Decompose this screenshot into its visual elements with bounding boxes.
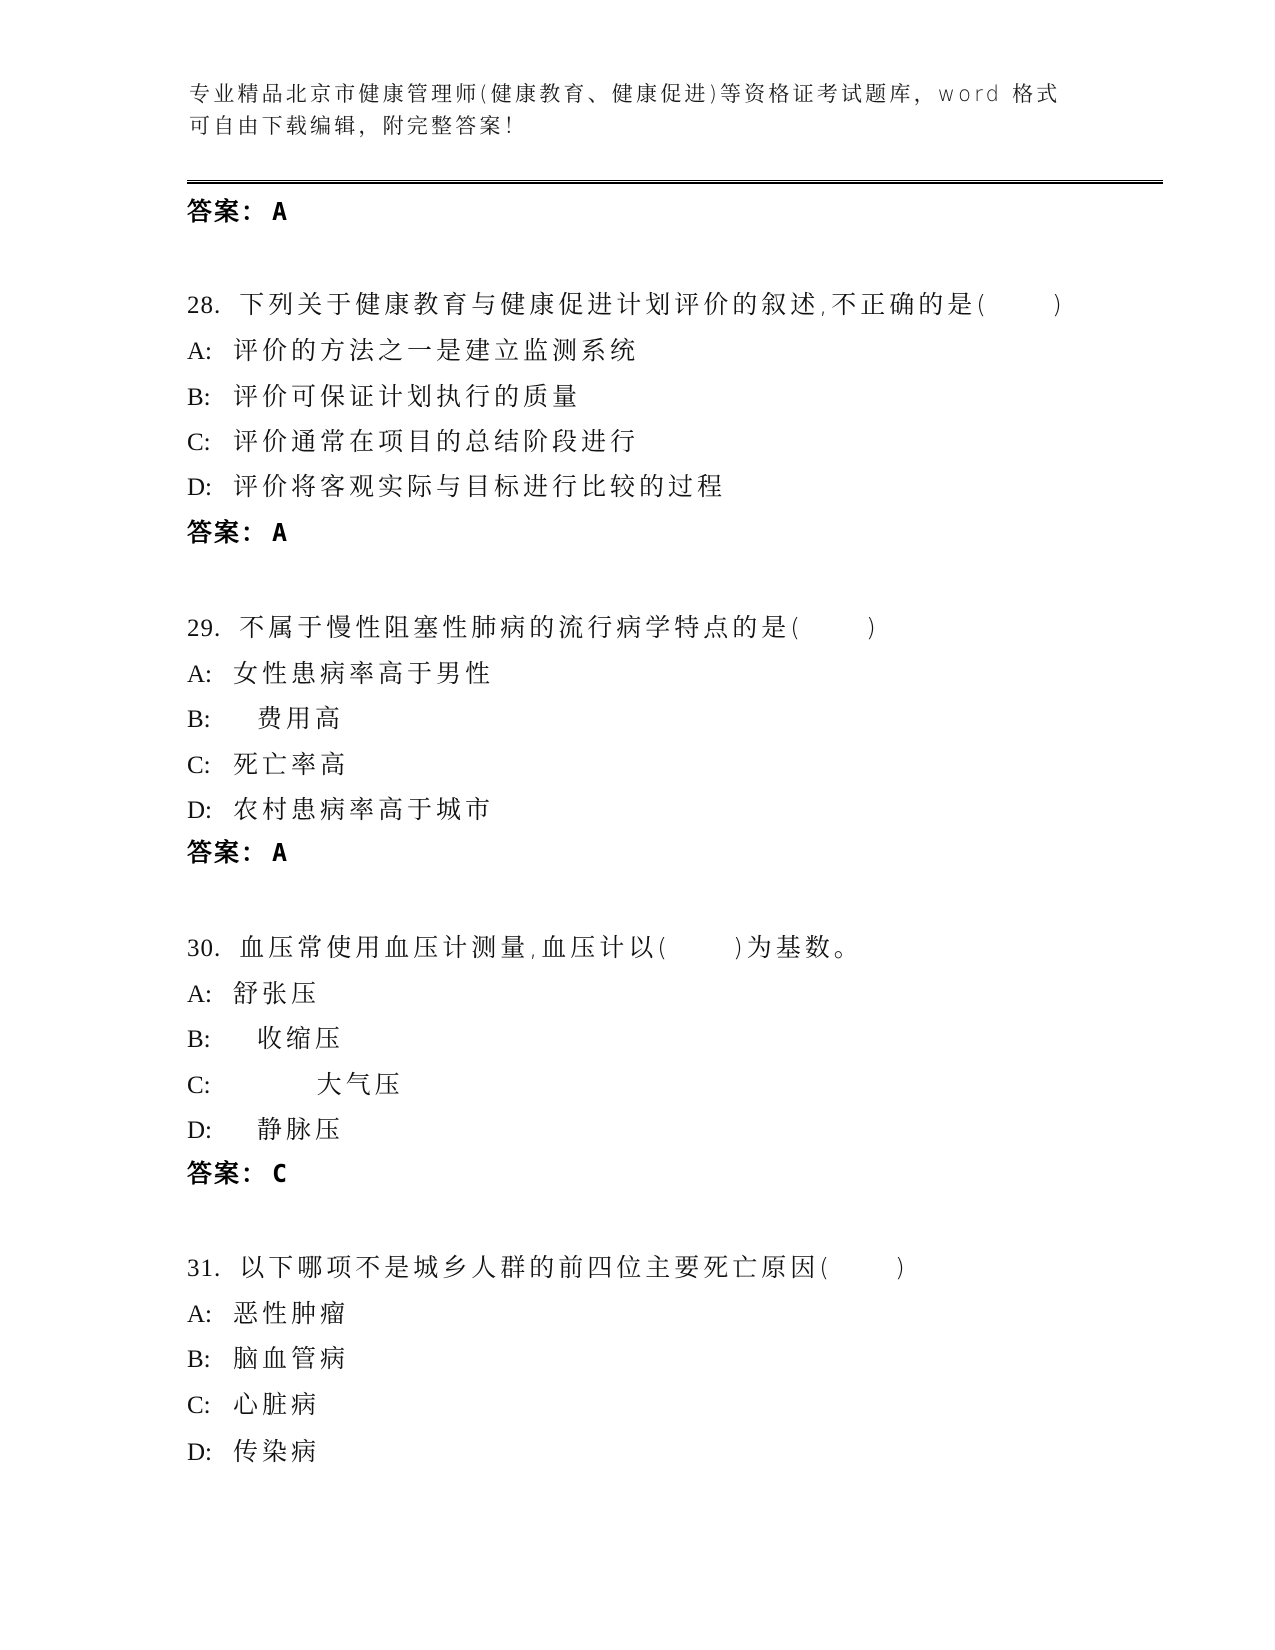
- question-28-answer: 答案：A: [187, 516, 289, 550]
- option-letter: A:: [187, 658, 233, 692]
- option-text: 收缩压: [233, 1024, 344, 1053]
- question-30-option-a: A:舒张压: [187, 977, 320, 1012]
- question-number: 29.: [187, 612, 221, 646]
- option-text: 静脉压: [233, 1115, 344, 1144]
- question-28-option-d: D:评价将客观实际与目标进行比较的过程: [187, 470, 726, 505]
- option-letter: D:: [187, 794, 233, 828]
- header-rule-thick: [187, 182, 1163, 184]
- answer-label: 答案：: [187, 197, 268, 226]
- question-30-option-b: B: 收缩压: [187, 1022, 344, 1057]
- answer-value: A: [272, 197, 289, 226]
- question-29-option-d: D:农村患病率高于城市: [187, 793, 494, 828]
- document-page: 专业精品北京市健康管理师(健康教育、健康促进)等资格证考试题库，word 格式 …: [0, 0, 1275, 1650]
- question-30-answer: 答案：C: [187, 1157, 289, 1191]
- option-letter: D:: [187, 1114, 233, 1148]
- option-text: 大气压: [233, 1070, 404, 1099]
- question-28-option-c: C:评价通常在项目的总结阶段进行: [187, 425, 639, 460]
- question-31-stem: 31.以下哪项不是城乡人群的前四位主要死亡原因(): [187, 1251, 909, 1286]
- option-letter: B:: [187, 1023, 233, 1057]
- header-rule-thin: [187, 180, 1163, 181]
- answer-value: A: [272, 518, 289, 547]
- answer-line-prev: 答案：A: [187, 195, 289, 229]
- option-text: 评价将客观实际与目标进行比较的过程: [233, 472, 726, 501]
- option-letter: A:: [187, 978, 233, 1012]
- question-text-end: ): [1052, 290, 1066, 319]
- option-letter: B:: [187, 703, 233, 737]
- answer-value: A: [272, 838, 289, 867]
- option-text: 舒张压: [233, 979, 320, 1008]
- document-header: 专业精品北京市健康管理师(健康教育、健康促进)等资格证考试题库，word 格式 …: [189, 78, 1089, 142]
- question-text: 下列关于健康教育与健康促进计划评价的叙述,不正确的是(: [239, 290, 990, 319]
- question-28-option-a: A:评价的方法之一是建立监测系统: [187, 334, 639, 369]
- question-29-stem: 29.不属于慢性阻塞性肺病的流行病学特点的是(): [187, 611, 880, 646]
- question-30-option-d: D: 静脉压: [187, 1113, 344, 1148]
- question-number: 28.: [187, 289, 221, 323]
- question-number: 30.: [187, 932, 221, 966]
- option-letter: A:: [187, 1298, 233, 1332]
- option-text: 死亡率高: [233, 750, 349, 779]
- option-text: 脑血管病: [233, 1344, 349, 1373]
- question-28-stem: 28.下列关于健康教育与健康促进计划评价的叙述,不正确的是(): [187, 288, 1066, 323]
- option-text: 评价通常在项目的总结阶段进行: [233, 427, 639, 456]
- question-29-answer: 答案：A: [187, 836, 289, 870]
- option-letter: C:: [187, 1069, 233, 1103]
- option-text: 心脏病: [233, 1390, 320, 1419]
- answer-label: 答案：: [187, 1159, 268, 1188]
- question-29-option-c: C:死亡率高: [187, 748, 349, 783]
- question-30-stem: 30.血压常使用血压计测量,血压计以()为基数。: [187, 931, 863, 966]
- question-text: 不属于慢性阻塞性肺病的流行病学特点的是(: [239, 613, 804, 642]
- question-text-end: ): [895, 1253, 909, 1282]
- question-29-option-b: B: 费用高: [187, 702, 344, 737]
- header-line-1: 专业精品北京市健康管理师(健康教育、健康促进)等资格证考试题库，word 格式: [189, 78, 1089, 110]
- question-30-option-c: C: 大气压: [187, 1068, 404, 1103]
- question-31-option-a: A:恶性肿瘤: [187, 1297, 349, 1332]
- option-letter: C:: [187, 426, 233, 460]
- question-number: 31.: [187, 1252, 221, 1286]
- option-text: 费用高: [233, 704, 344, 733]
- option-text: 农村患病率高于城市: [233, 795, 494, 824]
- option-letter: C:: [187, 749, 233, 783]
- question-28-option-b: B:评价可保证计划执行的质量: [187, 380, 581, 415]
- question-31-option-d: D:传染病: [187, 1435, 320, 1470]
- option-letter: A:: [187, 335, 233, 369]
- option-letter: C:: [187, 1389, 233, 1423]
- option-text: 评价的方法之一是建立监测系统: [233, 336, 639, 365]
- question-29-option-a: A:女性患病率高于男性: [187, 657, 494, 692]
- option-text: 传染病: [233, 1437, 320, 1466]
- answer-label: 答案：: [187, 838, 268, 867]
- option-letter: B:: [187, 1343, 233, 1377]
- question-31-option-b: B:脑血管病: [187, 1342, 349, 1377]
- option-letter: D:: [187, 471, 233, 505]
- question-text-end: )为基数。: [733, 933, 863, 962]
- answer-label: 答案：: [187, 518, 268, 547]
- option-letter: B:: [187, 381, 233, 415]
- option-letter: D:: [187, 1436, 233, 1470]
- answer-value: C: [272, 1159, 289, 1188]
- option-text: 女性患病率高于男性: [233, 659, 494, 688]
- option-text: 评价可保证计划执行的质量: [233, 382, 581, 411]
- option-text: 恶性肿瘤: [233, 1299, 349, 1328]
- question-text: 血压常使用血压计测量,血压计以(: [239, 933, 671, 962]
- header-line-2: 可自由下载编辑，附完整答案！: [189, 110, 1089, 142]
- question-text-end: ): [866, 613, 880, 642]
- question-31-option-c: C:心脏病: [187, 1388, 320, 1423]
- question-text: 以下哪项不是城乡人群的前四位主要死亡原因(: [239, 1253, 833, 1282]
